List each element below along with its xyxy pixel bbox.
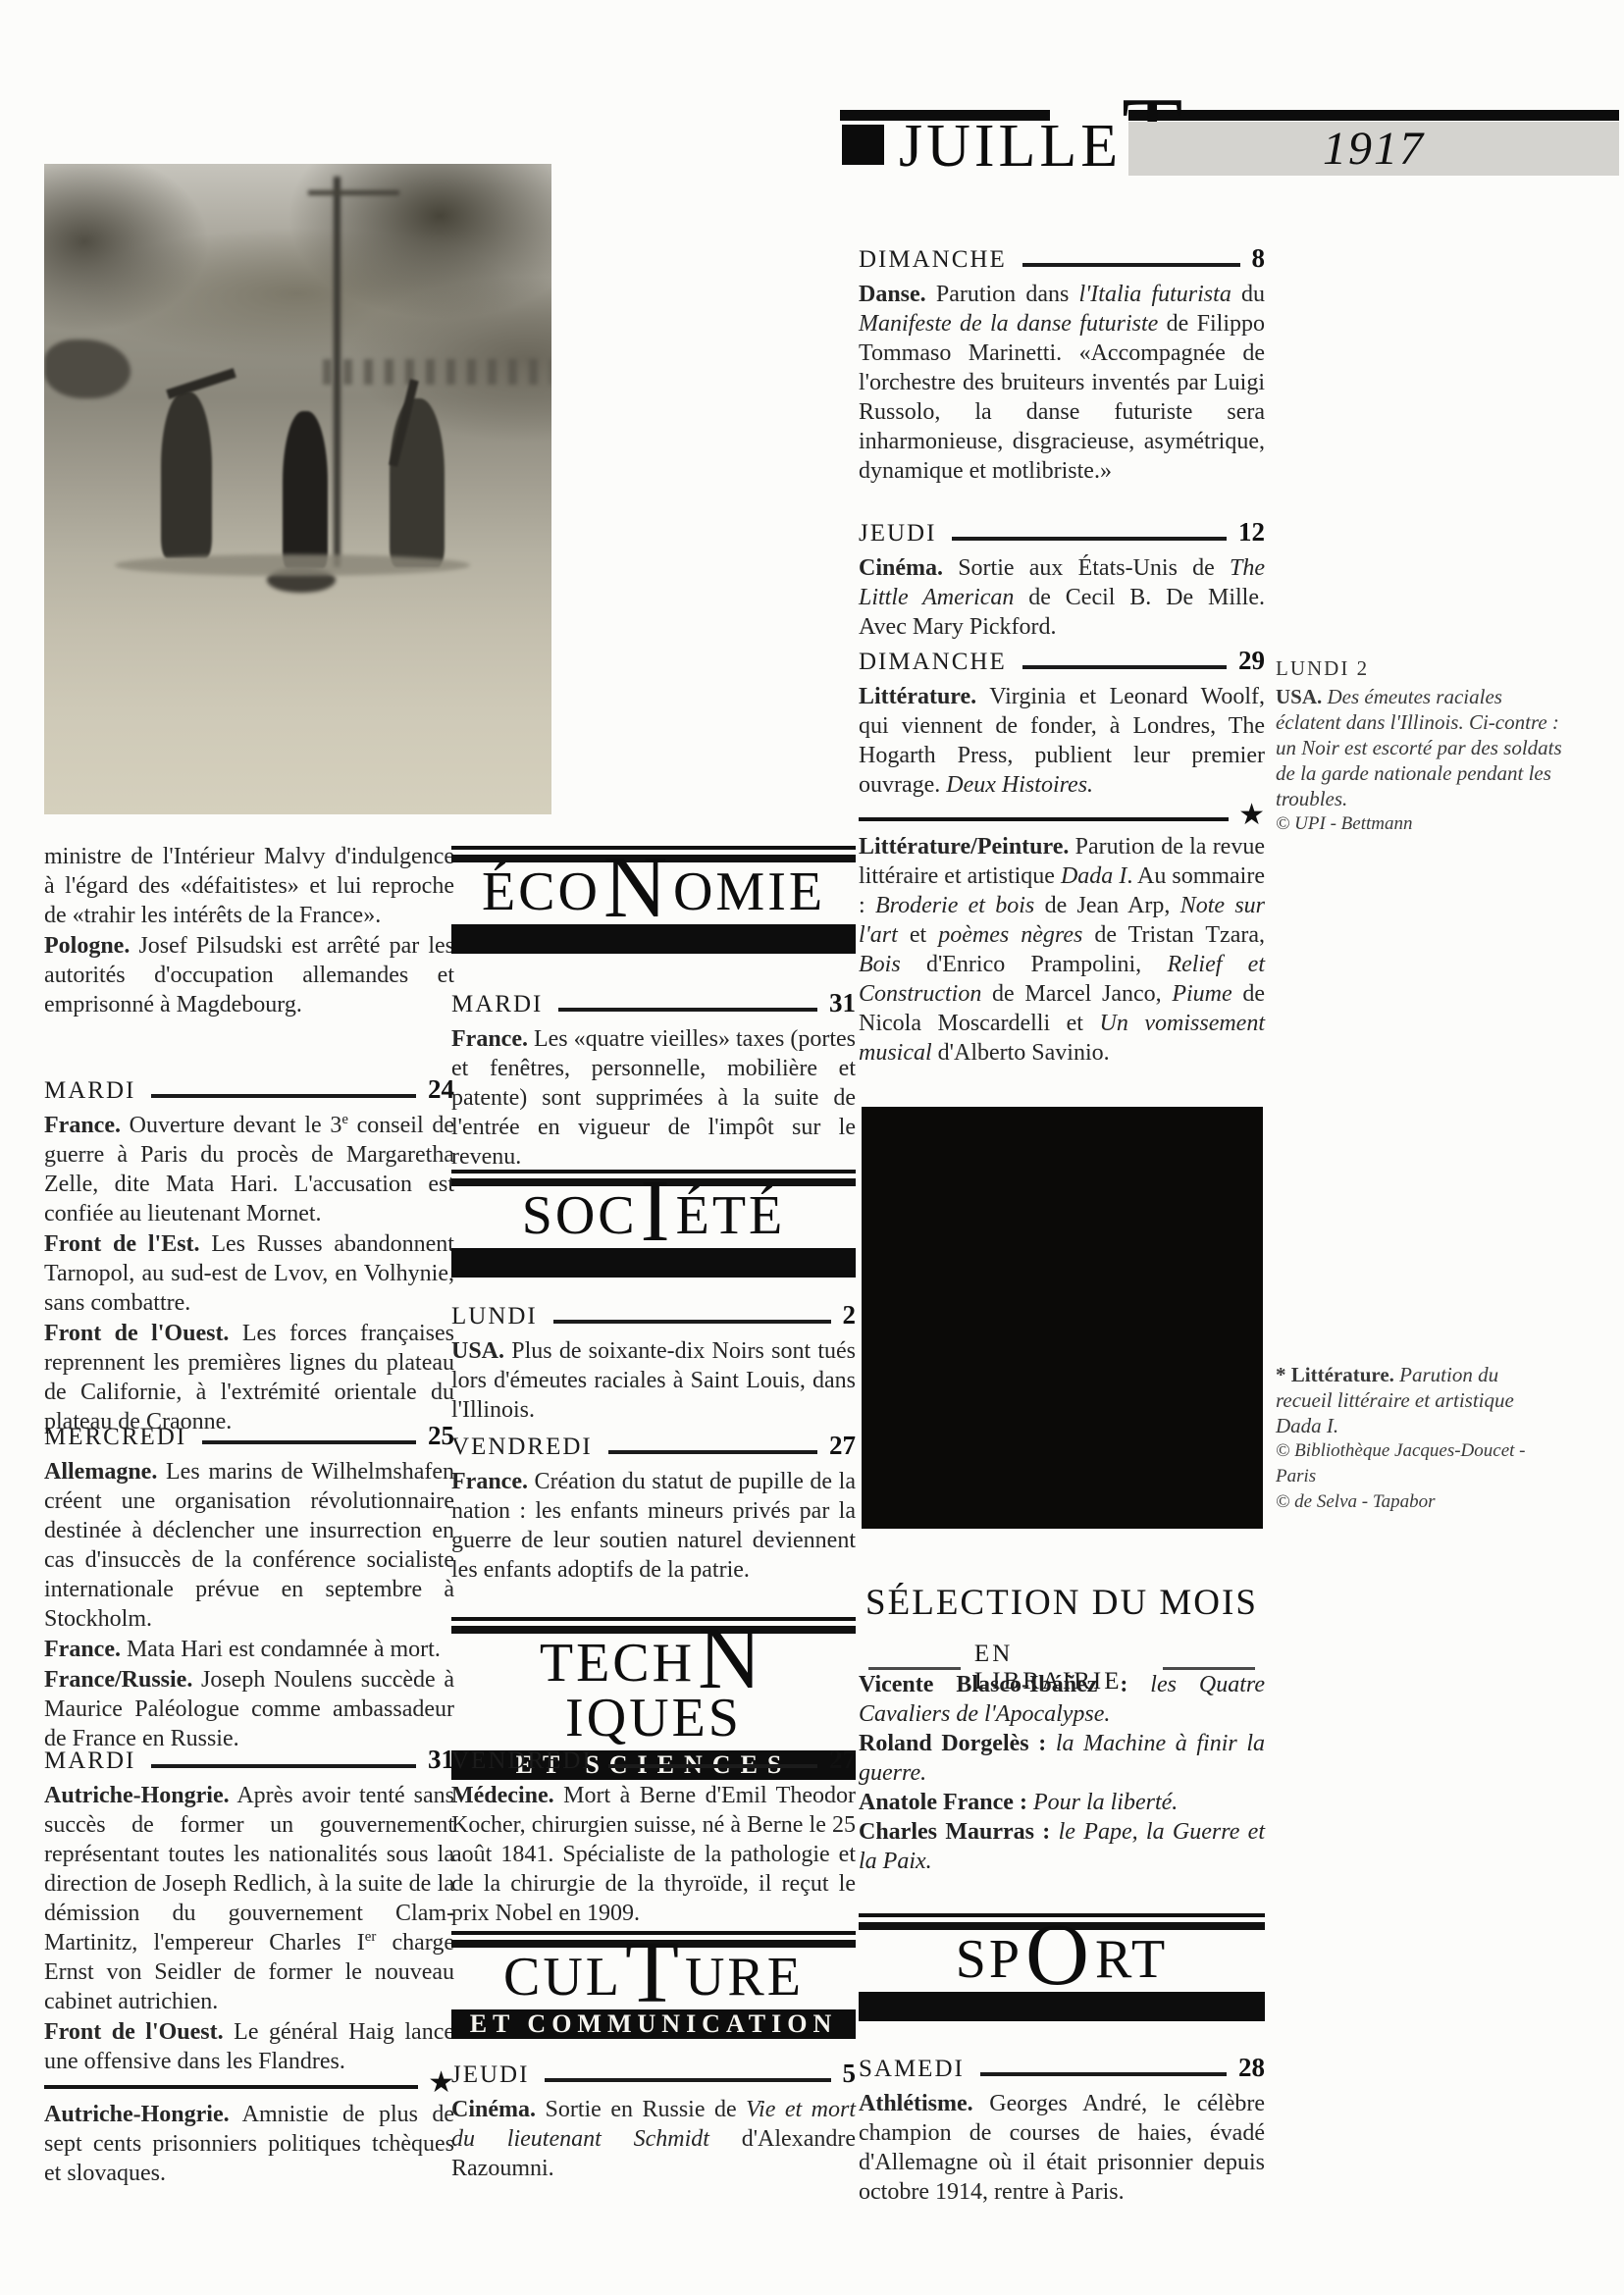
day-label: MERCREDI [44,1424,186,1451]
heading-rule [151,1094,416,1098]
section-title: ÉCONOMIE [451,859,856,919]
entry-tech-vendredi-27: VENDREDI 27 Médecine. Mort à Berne d'Emi… [451,1745,856,1929]
day-heading: VENDREDI 27 [451,1431,856,1461]
day-label: LUNDI [451,1303,538,1330]
entry-soc-lundi-2: LUNDI 2 USA. Plus de soixante-dix Noirs … [451,1300,856,1426]
paragraph: France. Ouverture devant le 3e conseil d… [44,1111,454,1228]
caption-credit: © de Selva - Tapabor [1276,1489,1526,1515]
book-item: Roland Dorgelès : la Machine à finir la … [859,1729,1265,1788]
day-number: 27 [829,1431,856,1461]
day-heading: DIMANCHE 8 [859,243,1265,274]
star-rule: ★ [44,2072,454,2094]
day-label: MARDI [44,1747,135,1775]
day-label: DIMANCHE [859,649,1007,676]
day-number: 27 [829,1745,856,1775]
year-box: 1917 [1128,122,1619,176]
photo-rifle [166,368,236,399]
caption-text: USA. Des émeutes raciales éclatent dans … [1276,684,1570,811]
paragraph: Athlétisme. Georges André, le célèbre ch… [859,2089,1265,2207]
heading-rule [545,2078,830,2082]
heading-rule [1022,263,1240,267]
photo-soldier-right [390,398,445,567]
paragraph: Cinéma. Sortie en Russie de Vie et mort … [451,2095,856,2183]
caption-text: * Littérature. Parution du recueil litté… [1276,1362,1526,1438]
book-list: Vicente Blasco-Ibáñez : les Quatre Caval… [859,1670,1265,1876]
day-number: 2 [843,1300,857,1330]
heading-rule [553,1320,831,1324]
section-title: SOCIÉTÉ [451,1182,856,1243]
year-label: 1917 [1323,122,1425,176]
day-label: JEUDI [451,2061,529,2089]
entry-samedi-28: SAMEDI 28 Athlétisme. Georges André, le … [859,2053,1265,2208]
day-heading: DIMANCHE 29 [859,646,1265,676]
paragraph: Front de l'Ouest. Les forces françaises … [44,1319,454,1436]
day-number: 25 [428,1421,454,1451]
paragraph: Cinéma. Sortie aux États-Unis de The Lit… [859,553,1265,642]
day-number: 8 [1252,243,1266,274]
day-number: 5 [843,2059,857,2089]
photo-soldier-left [161,391,212,558]
heading-rule [1022,665,1227,669]
col3-star-note: ★ Littérature/Peinture. Parution de la r… [859,805,1265,1069]
star-icon: ★ [1238,805,1265,826]
section-header-economie: ÉCONOMIE [451,846,856,954]
masthead-rule-right [1128,110,1619,121]
entry-dimanche-8: DIMANCHE 8 Danse. Parution dans l'Italia… [859,243,1265,487]
heading-rule [608,1450,817,1454]
entry-eco-mardi-31: MARDI 31 France. Les «quatre vieilles» t… [451,988,856,1173]
section-header-sport: SPORT [859,1913,1265,2021]
paragraph: France/Russie. Joseph Noulens succède à … [44,1665,454,1753]
col1-intro: ministre de l'Intérieur Malvy d'indulgen… [44,842,454,1020]
section-title: CULTURE [451,1944,856,2005]
day-label: SAMEDI [859,2056,965,2083]
photo-cart [44,339,131,398]
paragraph: ministre de l'Intérieur Malvy d'indulgen… [44,842,454,930]
day-label: MARDI [451,991,543,1018]
section-header-societe: SOCIÉTÉ [451,1170,856,1278]
photo-shadow [115,554,470,576]
book-item: Anatole France : Pour la liberté. [859,1788,1265,1817]
paragraph: Front de l'Ouest. Le général Haig lance … [44,2017,454,2076]
book-item: Charles Maurras : le Pape, la Guerre et … [859,1817,1265,1876]
day-heading: SAMEDI 28 [859,2053,1265,2083]
dada-cover-image [862,1107,1263,1529]
section-header-culture: CULTURE ET COMMUNICATION [451,1931,856,2039]
day-heading: MERCREDI 25 [44,1421,454,1451]
day-label: VENDREDI [451,1747,593,1775]
day-number: 28 [1238,2053,1265,2083]
paragraph: USA. Plus de soixante-dix Noirs sont tué… [451,1336,856,1425]
photo-civilian [283,411,328,568]
photo-caption: LUNDI 2 USA. Des émeutes raciales éclate… [1276,655,1570,837]
day-heading: MARDI 31 [451,988,856,1018]
star-icon: ★ [428,2072,454,2094]
section-title: TECHNIQUES [451,1630,856,1746]
col1-star-note: ★ Autriche-Hongrie. Amnistie de plus de … [44,2072,454,2189]
paragraph: Médecine. Mort à Berne d'Emil Theodor Ko… [451,1781,856,1928]
dada-caption: * Littérature. Parution du recueil litté… [1276,1362,1526,1515]
day-label: MARDI [44,1077,135,1105]
photo-riot-escort [44,164,551,814]
paragraph: Danse. Parution dans l'Italia futurista … [859,280,1265,486]
paragraph: Littérature/Peinture. Parution de la rev… [859,832,1265,1068]
paragraph: Littérature. Virginia et Leonard Woolf, … [859,682,1265,800]
day-number: 12 [1238,517,1265,548]
paragraph: Front de l'Est. Les Russes abandonnent T… [44,1229,454,1318]
section-title: SPORT [859,1926,1265,1987]
rule [859,817,1229,821]
heading-rule [202,1440,416,1444]
day-number: 31 [829,988,856,1018]
caption-credit: © Bibliothèque Jacques-Doucet - Paris [1276,1438,1526,1489]
caption-credit: © UPI - Bettmann [1276,811,1570,837]
paragraph: France. Création du statut de pupille de… [451,1467,856,1585]
rule [44,2085,418,2089]
magazine-page: JUILLET 1917 ministre de l'Intérieur Mal… [0,0,1624,2295]
heading-rule [952,537,1227,541]
star-rule: ★ [859,805,1265,826]
rule [451,1617,856,1621]
entry-mardi-24: MARDI 24 France. Ouverture devant le 3e … [44,1074,454,1437]
heading-rule [558,1008,817,1012]
paragraph: Allemagne. Les marins de Wilhelmshafen c… [44,1457,454,1634]
day-heading: VENDREDI 27 [451,1745,856,1775]
photo-crossarm [308,190,399,195]
day-label: VENDREDI [451,1434,593,1461]
day-label: DIMANCHE [859,246,1007,274]
heading-rule [151,1764,416,1768]
day-label: JEUDI [859,520,936,548]
day-heading: MARDI 24 [44,1074,454,1105]
paragraph: France. Les «quatre vieilles» taxes (por… [451,1024,856,1172]
paragraph: Autriche-Hongrie. Après avoir tenté sans… [44,1781,454,2016]
paragraph: France. Mata Hari est condamnée à mort. [44,1635,454,1664]
day-heading: MARDI 31 [44,1745,454,1775]
entry-mardi-31: MARDI 31 Autriche-Hongrie. Après avoir t… [44,1745,454,2077]
photo-crowd [323,359,551,385]
heading-rule [608,1764,817,1768]
entry-dimanche-29: DIMANCHE 29 Littérature. Virginia et Leo… [859,646,1265,801]
day-number: 31 [428,1745,454,1775]
entry-cult-jeudi-5: JEUDI 5 Cinéma. Sortie en Russie de Vie … [451,2059,856,2184]
day-heading: JEUDI 5 [451,2059,856,2089]
day-number: 24 [428,1074,454,1105]
caption-title: LUNDI 2 [1276,655,1570,681]
entry-jeudi-12: JEUDI 12 Cinéma. Sortie aux États-Unis d… [859,517,1265,643]
entry-mercredi-25: MERCREDI 25 Allemagne. Les marins de Wil… [44,1421,454,1754]
entry-soc-vendredi-27: VENDREDI 27 France. Création du statut d… [451,1431,856,1586]
day-heading: JEUDI 12 [859,517,1265,548]
heading-rule [980,2072,1227,2076]
day-heading: LUNDI 2 [451,1300,856,1330]
paragraph: Pologne. Josef Pilsudski est arrêté par … [44,931,454,1019]
selection-title: SÉLECTION DU MOIS [859,1582,1265,1624]
book-item: Vicente Blasco-Ibáñez : les Quatre Caval… [859,1670,1265,1729]
day-number: 29 [1238,646,1265,676]
month-name: JUILLE [899,113,1122,180]
paragraph: Autriche-Hongrie. Amnistie de plus de se… [44,2100,454,2188]
square-bullet-icon [842,125,884,165]
